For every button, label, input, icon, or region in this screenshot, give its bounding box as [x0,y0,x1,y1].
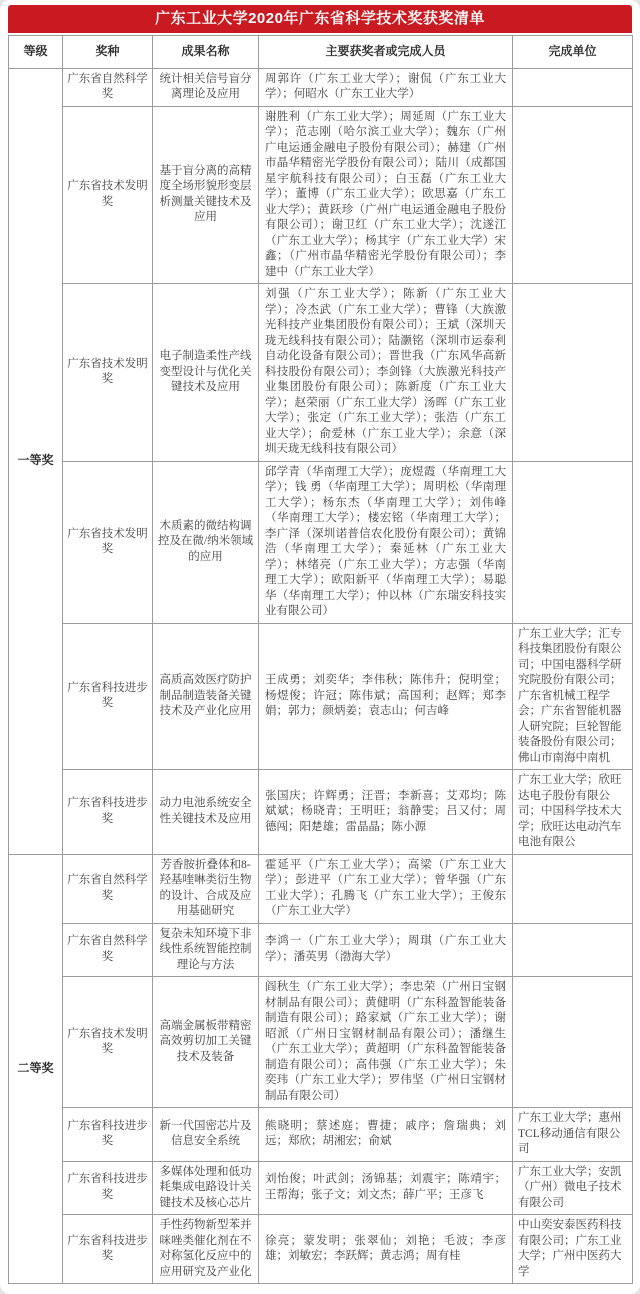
table-row: 广东省技术发明奖木质素的微结构调控及在微/纳米领域的应用邱学青（华南理工大学）；… [9,461,633,623]
table-row: 广东省技术发明奖电子制造柔性产线变型设计与优化关键技术及应用刘强（广东工业大学）… [9,284,633,462]
award-cell: 广东省科技进步奖 [63,1161,153,1215]
table-row: 一等奖广东省自然科学奖统计相关信号盲分离理论及应用周郭许（广东工业大学）；谢侃（… [9,68,633,106]
achievement-cell: 电子制造柔性产线变型设计与优化关键技术及应用 [153,284,259,462]
achievement-cell: 统计相关信号盲分离理论及应用 [153,68,259,106]
table-row: 广东省科技进步奖新一代国密芯片及信息安全系统熊晓明；蔡述庭；曹捷；戚序；詹瑞典；… [9,1108,633,1162]
page-title: 广东工业大学2020年广东省科学技术奖获奖清单 [8,5,632,33]
table-row: 广东省科技进步奖动力电池系统安全性关键技术及应用张国庆；许辉勇；汪晋；李新喜；艾… [9,770,633,855]
winners-cell: 徐亮；蒙发明；张翠仙；刘艳；毛波；李彦雄；刘敏宏；李跃辉；黄志鸿；周有桂 [259,1215,513,1284]
winners-cell: 刘强（广东工业大学）；陈新（广东工业大学）；冷杰武（广东工业大学）；曹锋（大族激… [259,284,513,462]
winners-cell: 阎秋生（广东工业大学）；李忠荣（广州日宝钢材制品有限公司）；黄健明（广东科盈智能… [259,977,513,1108]
winners-cell: 周郭许（广东工业大学）；谢侃（广东工业大学）；何昭水（广东工业大学） [259,68,513,106]
award-cell: 广东省技术发明奖 [63,106,153,284]
table-row: 二等奖广东省自然科学奖芳香胺折叠体和8-羟基喹啉类衍生物的设计、合成及应用基础研… [9,854,633,923]
col-header-units: 完成单位 [513,36,633,69]
winners-cell: 霍延平（广东工业大学）；高梁（广东工业大学）；彭进平（广东工业大学）；曾华强（广… [259,854,513,923]
winners-cell: 谢胜利（广东工业大学）；周延周（广东工业大学）；范志刚（哈尔滨工业大学）；魏东（… [259,106,513,284]
units-cell [513,854,633,923]
col-header-award-type: 奖种 [63,36,153,69]
table-row: 广东省科技进步奖高质高效医疗防护制品制造装备关键技术及产业化应用王成勇；刘奕华；… [9,623,633,770]
units-cell: 广东工业大学；汇专科技集团股份有限公司；中国电器科学研究院股份有限公司；广东省机… [513,623,633,770]
col-header-achievement: 成果名称 [153,36,259,69]
units-cell [513,68,633,106]
award-cell: 广东省科技进步奖 [63,770,153,855]
award-cell: 广东省自然科学奖 [63,854,153,923]
awards-table: 等级 奖种 成果名称 主要获奖者或完成人员 完成单位 一等奖广东省自然科学奖统计… [8,35,633,1284]
units-cell [513,977,633,1108]
winners-cell: 张国庆；许辉勇；汪晋；李新喜；艾邓均；陈斌斌；杨晓青；王明旺；翁静雯；吕又付；周… [259,770,513,855]
col-header-winners: 主要获奖者或完成人员 [259,36,513,69]
table-row: 广东省科技进步奖手性药物新型苯并咪唑类催化剂在不对称氢化反应中的应用研究及产业化… [9,1215,633,1284]
winners-cell: 邱学青（华南理工大学）；庞煜霞（华南理工大学）；钱 勇（华南理工大学）；周明松（… [259,461,513,623]
achievement-cell: 高端金属板带精密高效剪切加工关键技术及装备 [153,977,259,1108]
achievement-cell: 基于盲分离的高精度全场形貌形变层析测量关键技术及应用 [153,106,259,284]
level-cell: 二等奖 [9,854,63,1284]
table-row: 广东省技术发明奖基于盲分离的高精度全场形貌形变层析测量关键技术及应用谢胜利（广东… [9,106,633,284]
achievement-cell: 高质高效医疗防护制品制造装备关键技术及产业化应用 [153,623,259,770]
header-row: 等级 奖种 成果名称 主要获奖者或完成人员 完成单位 [9,36,633,69]
award-cell: 广东省科技进步奖 [63,1108,153,1162]
achievement-cell: 多媒体处理和低功耗集成电路设计关键技术及核心芯片 [153,1161,259,1215]
units-cell: 广东工业大学；安凯（广州）微电子技术有限公司 [513,1161,633,1215]
award-list-card: 广东工业大学2020年广东省科学技术奖获奖清单 等级 奖种 成果名称 主要获奖者… [0,0,640,1294]
award-cell: 广东省科技进步奖 [63,623,153,770]
award-cell: 广东省自然科学奖 [63,923,153,977]
award-cell: 广东省技术发明奖 [63,461,153,623]
winners-cell: 王成勇；刘奕华；李伟秋；陈伟升；倪明堂；杨煜俊；许冠；陈伟斌；高国利；赵辉；郑李… [259,623,513,770]
award-cell: 广东省科技进步奖 [63,1215,153,1284]
level-cell: 一等奖 [9,68,63,854]
winners-cell: 李鸿一（广东工业大学）；周琪（广东工业大学）；潘英男（渤海大学） [259,923,513,977]
winners-cell: 刘怡俊；叶武剑；汤锦基；刘震宇；陈靖宇；王帮海；张子文；刘文杰；薛广平；王彦飞 [259,1161,513,1215]
achievement-cell: 芳香胺折叠体和8-羟基喹啉类衍生物的设计、合成及应用基础研究 [153,854,259,923]
table-row: 广东省自然科学奖复杂未知环境下非线性系统智能控制理论与方法李鸿一（广东工业大学）… [9,923,633,977]
units-cell [513,284,633,462]
units-cell [513,461,633,623]
table-row: 广东省科技进步奖多媒体处理和低功耗集成电路设计关键技术及核心芯片刘怡俊；叶武剑；… [9,1161,633,1215]
units-cell: 广东工业大学；惠州TCL移动通信有限公司 [513,1108,633,1162]
award-cell: 广东省自然科学奖 [63,68,153,106]
col-header-level: 等级 [9,36,63,69]
achievement-cell: 复杂未知环境下非线性系统智能控制理论与方法 [153,923,259,977]
units-cell: 中山奕安泰医药科技有限公司；广东工业大学；广州中医药大学 [513,1215,633,1284]
achievement-cell: 木质素的微结构调控及在微/纳米领域的应用 [153,461,259,623]
achievement-cell: 动力电池系统安全性关键技术及应用 [153,770,259,855]
units-cell [513,923,633,977]
winners-cell: 熊晓明；蔡述庭；曹捷；戚序；詹瑞典；刘远；郑欣；胡湘宏；俞斌 [259,1108,513,1162]
award-cell: 广东省技术发明奖 [63,284,153,462]
award-cell: 广东省技术发明奖 [63,977,153,1108]
units-cell [513,106,633,284]
achievement-cell: 新一代国密芯片及信息安全系统 [153,1108,259,1162]
achievement-cell: 手性药物新型苯并咪唑类催化剂在不对称氢化反应中的应用研究及产业化 [153,1215,259,1284]
units-cell: 广东工业大学；欣旺达电子股份有限公司；中国科学技术大学；欣旺达电动汽车电池有限公 [513,770,633,855]
table-row: 广东省技术发明奖高端金属板带精密高效剪切加工关键技术及装备阎秋生（广东工业大学）… [9,977,633,1108]
